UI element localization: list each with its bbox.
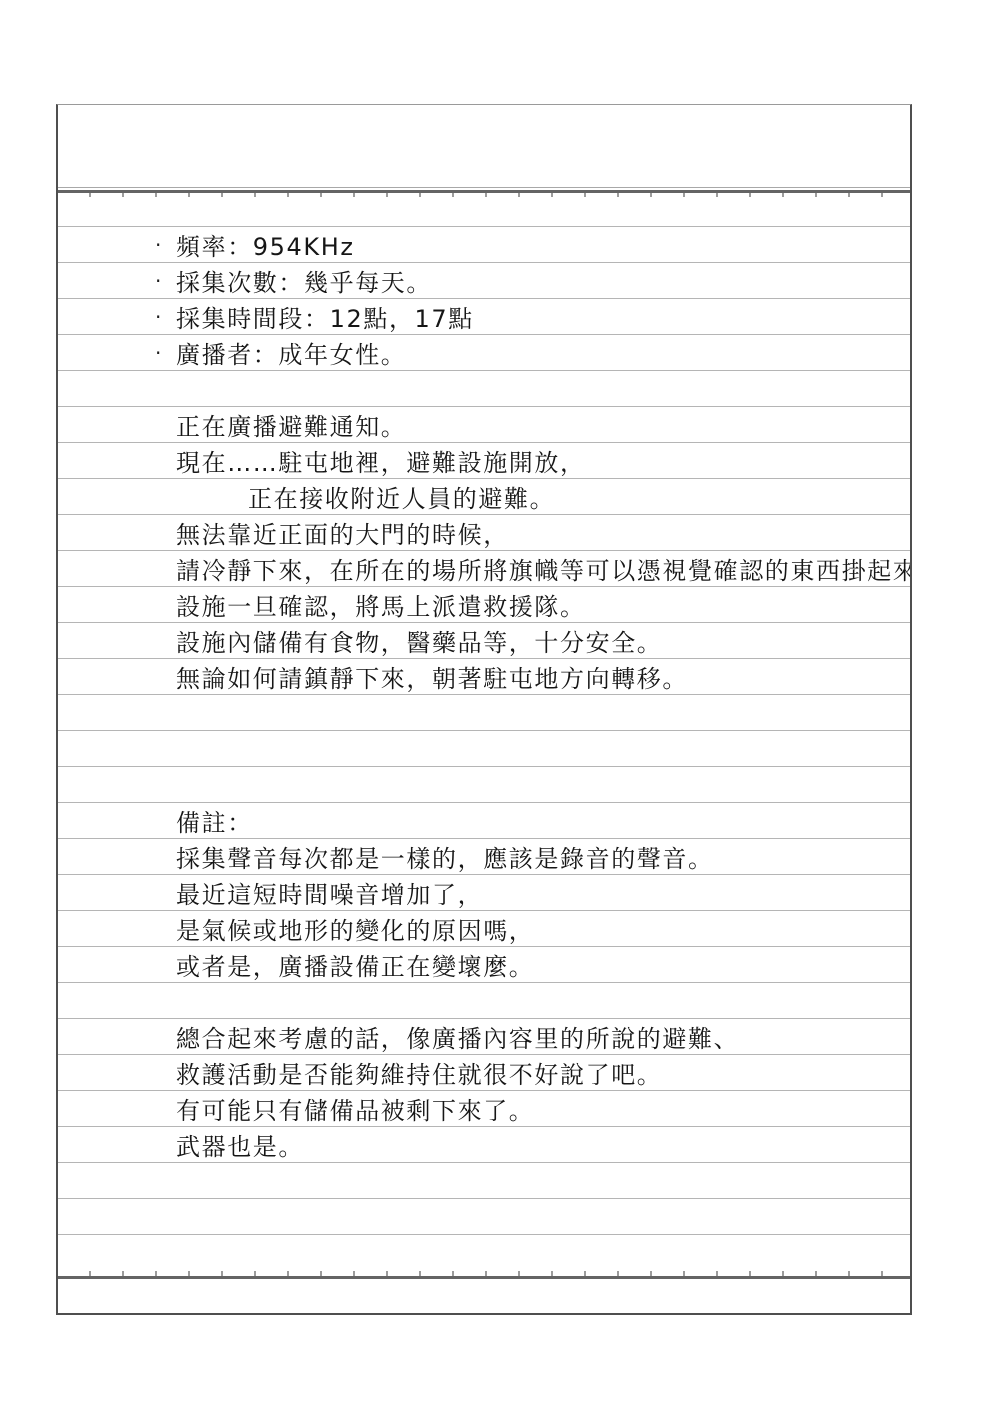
scanned-page: · 頻率：954KHz · 採集次數：幾乎每天。 · 採集時間段：12點，17點…	[0, 0, 1000, 1420]
line-text: 請冷靜下來，在所在的場所將旗幟等可以憑視覺確認的東西掛起來。	[176, 551, 910, 586]
line-text: 有可能只有儲備品被剩下來了。	[176, 1091, 534, 1126]
notebook-line: 或者是，廣播設備正在變壞麼。	[58, 947, 910, 983]
line-text: 採集次數：幾乎每天。	[176, 263, 432, 298]
line-text: 是氣候或地形的變化的原因嗎，	[176, 911, 534, 946]
line-text: 總合起來考慮的話，像廣播內容里的所說的避難、	[176, 1019, 739, 1054]
notebook-line: 最近這短時間噪音增加了，	[58, 875, 910, 911]
notebook-line: 是氣候或地形的變化的原因嗎，	[58, 911, 910, 947]
footer-area	[58, 1279, 910, 1313]
line-text: 採集時間段：12點，17點	[176, 299, 474, 334]
top-ruler-ticks	[58, 190, 910, 198]
notebook-sheet: · 頻率：954KHz · 採集次數：幾乎每天。 · 採集時間段：12點，17點…	[56, 104, 912, 1315]
notebook-line	[58, 695, 910, 731]
notebook-line: 請冷靜下來，在所在的場所將旗幟等可以憑視覺確認的東西掛起來。	[58, 551, 910, 587]
notebook-line	[58, 767, 910, 803]
bullet-dot: ·	[155, 305, 176, 329]
notebook-line: 總合起來考慮的話，像廣播內容里的所說的避難、	[58, 1019, 910, 1055]
notebook-line: 無法靠近正面的大門的時候，	[58, 515, 910, 551]
notebook-line: 備註：	[58, 803, 910, 839]
notebook-line: 有可能只有儲備品被剩下來了。	[58, 1091, 910, 1127]
notebook-line: 採集聲音每次都是一樣的，應該是錄音的聲音。	[58, 839, 910, 875]
line-text: 正在接收附近人員的避難。	[248, 479, 555, 514]
notebook-line: 無論如何請鎮靜下來，朝著駐屯地方向轉移。	[58, 659, 910, 695]
line-text: 採集聲音每次都是一樣的，應該是錄音的聲音。	[176, 839, 714, 874]
notebook-line: 救護活動是否能夠維持住就很不好說了吧。	[58, 1055, 910, 1091]
notebook-line: 設施一旦確認，將馬上派遣救援隊。	[58, 587, 910, 623]
bullet-dot: ·	[155, 233, 176, 257]
notebook-line	[58, 371, 910, 407]
notebook-line: · 採集時間段：12點，17點	[58, 299, 910, 335]
header-area	[58, 105, 910, 188]
line-text: 備註：	[176, 803, 253, 838]
notebook-line: 設施內儲備有食物，醫藥品等，十分安全。	[58, 623, 910, 659]
notebook-line	[58, 731, 910, 767]
line-text: 設施內儲備有食物，醫藥品等，十分安全。	[176, 623, 662, 658]
line-text: 無論如何請鎮靜下來，朝著駐屯地方向轉移。	[176, 659, 688, 694]
bottom-ruler-ticks	[58, 1271, 910, 1279]
line-text: 最近這短時間噪音增加了，	[176, 875, 483, 910]
notebook-body: · 頻率：954KHz · 採集次數：幾乎每天。 · 採集時間段：12點，17點…	[58, 227, 910, 1271]
line-text: 無法靠近正面的大門的時候，	[176, 515, 509, 550]
line-text: 頻率：954KHz	[176, 227, 355, 262]
line-text: 正在廣播避難通知。	[176, 407, 406, 442]
line-text: 或者是，廣播設備正在變壞麼。	[176, 947, 534, 982]
line-text: 武器也是。	[176, 1127, 304, 1162]
notebook-line	[58, 1199, 910, 1235]
bullet-dot: ·	[155, 269, 176, 293]
line-text: 現在……駐屯地裡，避難設施開放，	[176, 443, 586, 478]
spacer-row	[58, 198, 910, 227]
notebook-line: 正在接收附近人員的避難。	[58, 479, 910, 515]
notebook-line	[58, 1235, 910, 1271]
notebook-line: · 採集次數：幾乎每天。	[58, 263, 910, 299]
line-text: 廣播者：成年女性。	[176, 335, 406, 370]
line-text: 救護活動是否能夠維持住就很不好說了吧。	[176, 1055, 662, 1090]
notebook-line: · 廣播者：成年女性。	[58, 335, 910, 371]
bullet-dot: ·	[155, 341, 176, 365]
notebook-line: 正在廣播避難通知。	[58, 407, 910, 443]
line-text: 設施一旦確認，將馬上派遣救援隊。	[176, 587, 586, 622]
notebook-line	[58, 1163, 910, 1199]
notebook-line: 武器也是。	[58, 1127, 910, 1163]
notebook-line: 現在……駐屯地裡，避難設施開放，	[58, 443, 910, 479]
notebook-line	[58, 983, 910, 1019]
notebook-line: · 頻率：954KHz	[58, 227, 910, 263]
